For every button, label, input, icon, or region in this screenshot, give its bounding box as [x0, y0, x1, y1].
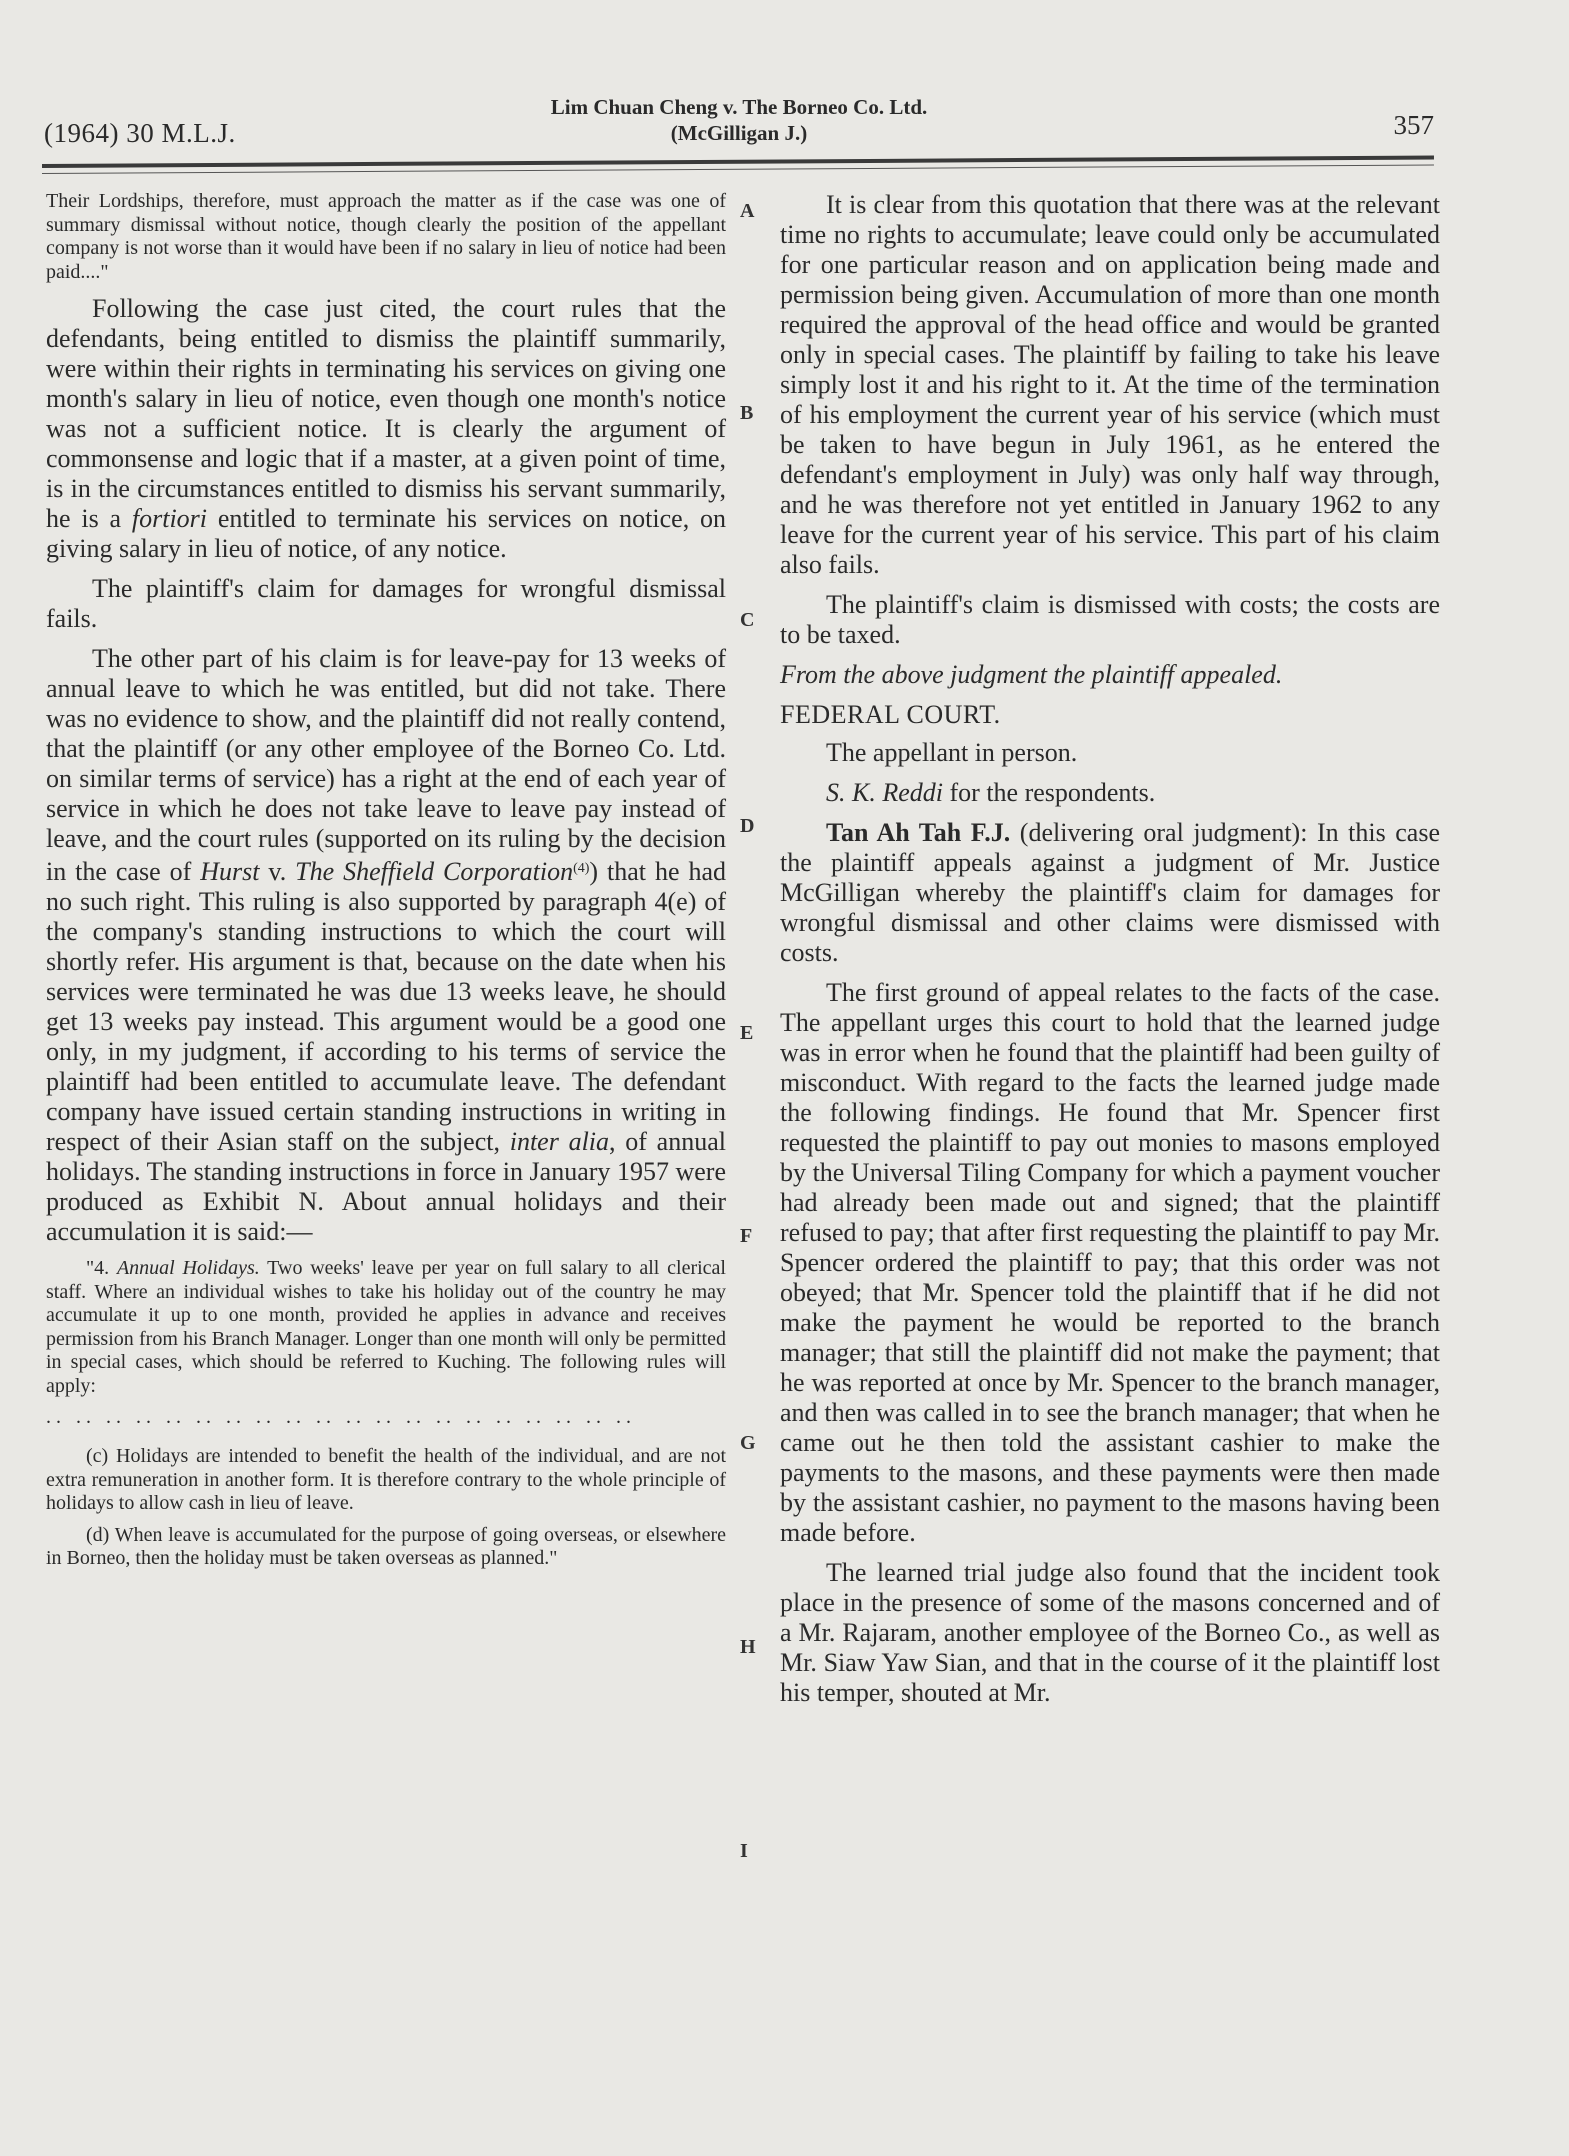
margin-letter-g: G	[740, 1432, 756, 1455]
margin-letter-i: I	[740, 1840, 748, 1863]
margin-letter-h: H	[740, 1636, 756, 1659]
right-column: It is clear from this quotation that the…	[780, 190, 1440, 1718]
case-title-block: Lim Chuan Cheng v. The Borneo Co. Ltd. (…	[44, 94, 1434, 146]
margin-letter-a: A	[740, 200, 754, 223]
paragraph-judgment-intro: Tan Ah Tah F.J. (delivering oral judgmen…	[780, 818, 1440, 968]
instruction-c: (c) Holidays are intended to benefit the…	[46, 1445, 726, 1516]
instruction-annual-holidays: "4. Annual Holidays. Two weeks' leave pe…	[46, 1257, 726, 1398]
margin-letter-b: B	[740, 402, 753, 425]
paragraph-first-ground: The first ground of appeal relates to th…	[780, 978, 1440, 1548]
document-page: (1964) 30 M.L.J. Lim Chuan Cheng v. The …	[0, 0, 1569, 2156]
paragraph-leave-pay: The other part of his claim is for leave…	[46, 644, 726, 1247]
italic-term: fortiori	[132, 504, 207, 533]
margin-letter-f: F	[740, 1225, 752, 1248]
margin-letter-e: E	[740, 1022, 753, 1045]
appearance-respondents: S. K. Reddi for the respondents.	[780, 778, 1440, 808]
paragraph-claim-fails: The plaintiff's claim for damages for wr…	[46, 574, 726, 634]
margin-letter-c: C	[740, 609, 754, 632]
italic-term: inter alia	[510, 1127, 609, 1156]
paragraph-trial-findings: The learned trial judge also found that …	[780, 1558, 1440, 1708]
instruction-title: Annual Holidays.	[117, 1257, 260, 1279]
case-name: Hurst	[200, 857, 259, 886]
footnote-ref: (4)	[573, 861, 589, 876]
case-name: The Sheffield Corporation	[295, 857, 573, 886]
text-run: for the respondents.	[943, 778, 1155, 807]
judge-name: Tan Ah Tah F.J.	[826, 818, 1010, 847]
text-run: The other part of his claim is for leave…	[46, 644, 726, 886]
court-heading: FEDERAL COURT.	[780, 700, 1440, 730]
instruction-d: (d) When leave is accumulated for the pu…	[46, 1524, 726, 1571]
case-title: Lim Chuan Cheng v. The Borneo Co. Ltd.	[44, 94, 1434, 120]
paragraph-no-rights: It is clear from this quotation that the…	[780, 190, 1440, 580]
left-column: Their Lordships, therefore, must approac…	[46, 190, 726, 1579]
appeal-note: From the above judgment the plaintiff ap…	[780, 660, 1440, 690]
text-run: Following the case just cited, the court…	[46, 294, 726, 533]
text-run: ) that he had no such right. This ruling…	[46, 857, 726, 1156]
margin-letter-d: D	[740, 815, 754, 838]
case-judge: (McGilligan J.)	[44, 120, 1434, 146]
quoted-passage: Their Lordships, therefore, must approac…	[46, 190, 726, 284]
appearance-appellant: The appellant in person.	[780, 738, 1440, 768]
text-run: "4.	[86, 1257, 117, 1279]
page-number: 357	[1394, 110, 1435, 141]
counsel-name: S. K. Reddi	[826, 778, 943, 807]
paragraph-summary-dismissal: Following the case just cited, the court…	[46, 294, 726, 564]
text-run: v.	[259, 857, 295, 886]
paragraph-dismissed: The plaintiff's claim is dismissed with …	[780, 590, 1440, 650]
ellipsis-dots: .. .. .. .. .. .. .. .. .. .. .. .. .. .…	[46, 1406, 726, 1429]
